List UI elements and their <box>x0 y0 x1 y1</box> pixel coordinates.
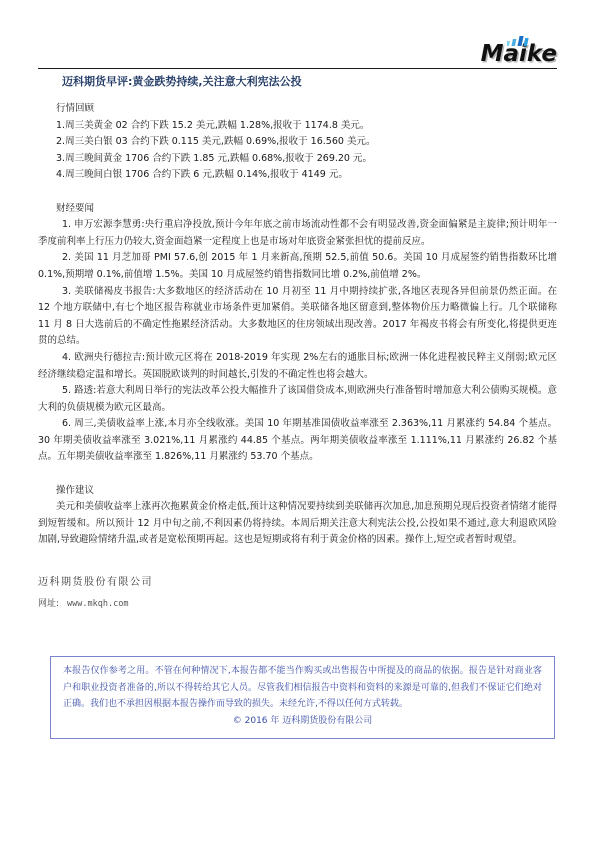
review-item: 3.周三晚间黄金 1706 合约下跌 1.85 元,跌幅 0.68%,报收于 2… <box>56 151 557 168</box>
news-paragraph: 4. 欧洲央行德拉吉:预计欧元区将在 2018-2019 年实现 2%左右的通胀… <box>38 350 557 383</box>
disclaimer-text: 本报告仅作参考之用。不管在何种情况下,本报告都不能当作购买或出售报告中所提及的商… <box>63 663 542 713</box>
section-news: 财经要闻 1. 申万宏源李慧勇:央行重启净投放,预计今年年底之前市场流动性都不会… <box>38 201 557 467</box>
website-label: 网址: <box>38 599 59 609</box>
maike-logo: Maike <box>481 43 557 66</box>
advice-heading: 操作建议 <box>56 483 557 500</box>
website-url: www.mkqh.com <box>67 599 128 609</box>
review-item: 1.周三美黄金 02 合约下跌 15.2 美元,跌幅 1.28%,报收于 117… <box>56 118 557 135</box>
disclaimer-box: 本报告仅作参考之用。不管在何种情况下,本报告都不能当作购买或出售报告中所提及的商… <box>50 656 555 738</box>
news-paragraph: 2. 美国 11 月芝加哥 PMI 57.6,创 2015 年 1 月来新高,预… <box>38 250 557 283</box>
advice-paragraph: 美元和美债收益率上涨再次拖累黄金价格走低,预计这种情况要持续到美联储再次加息,加… <box>38 499 557 549</box>
news-paragraph: 6. 周三,美债收益率上涨,本月亦全线收涨。美国 10 年期基准国债收益率涨至 … <box>38 416 557 466</box>
logo-chart-icon <box>507 34 533 46</box>
section-market-review: 行情回顾 1.周三美黄金 02 合约下跌 15.2 美元,跌幅 1.28%,报收… <box>38 101 557 184</box>
section-advice: 操作建议 美元和美债收益率上涨再次拖累黄金价格走低,预计这种情况要持续到美联储再… <box>38 483 557 549</box>
header: Maike <box>38 0 557 68</box>
review-item: 4.周三晚间白银 1706 合约下跌 6 元,跌幅 0.14%,报收于 4149… <box>56 167 557 184</box>
news-paragraph: 1. 申万宏源李慧勇:央行重启净投放,预计今年年底之前市场流动性都不会有明显改善… <box>38 217 557 250</box>
market-review-heading: 行情回顾 <box>56 101 557 118</box>
company-name: 迈科期货股份有限公司 <box>38 575 557 592</box>
review-item: 2.周三美白银 03 合约下跌 0.115 美元,跌幅 0.69%,报收于 16… <box>56 134 557 151</box>
news-paragraph: 3. 美联储褐皮书报告:大多数地区的经济活动在 10 月初至 11 月中期持续扩… <box>38 284 557 350</box>
copyright-line: © 2016 年 迈科期货股份有限公司 <box>63 713 542 730</box>
report-page: Maike 迈科期货早评:黄金跌势持续,关注意大利宪法公投 行情回顾 1.周三美… <box>0 0 595 842</box>
report-title: 迈科期货早评:黄金跌势持续,关注意大利宪法公投 <box>62 74 557 89</box>
website-line: 网址:www.mkqh.com <box>38 596 557 613</box>
news-heading: 财经要闻 <box>56 201 557 218</box>
news-paragraph: 5. 路透:若意大利周日举行的宪法改革公投大幅推升了该国借贷成本,则欧洲央行准备… <box>38 383 557 416</box>
header-rule <box>38 68 557 69</box>
